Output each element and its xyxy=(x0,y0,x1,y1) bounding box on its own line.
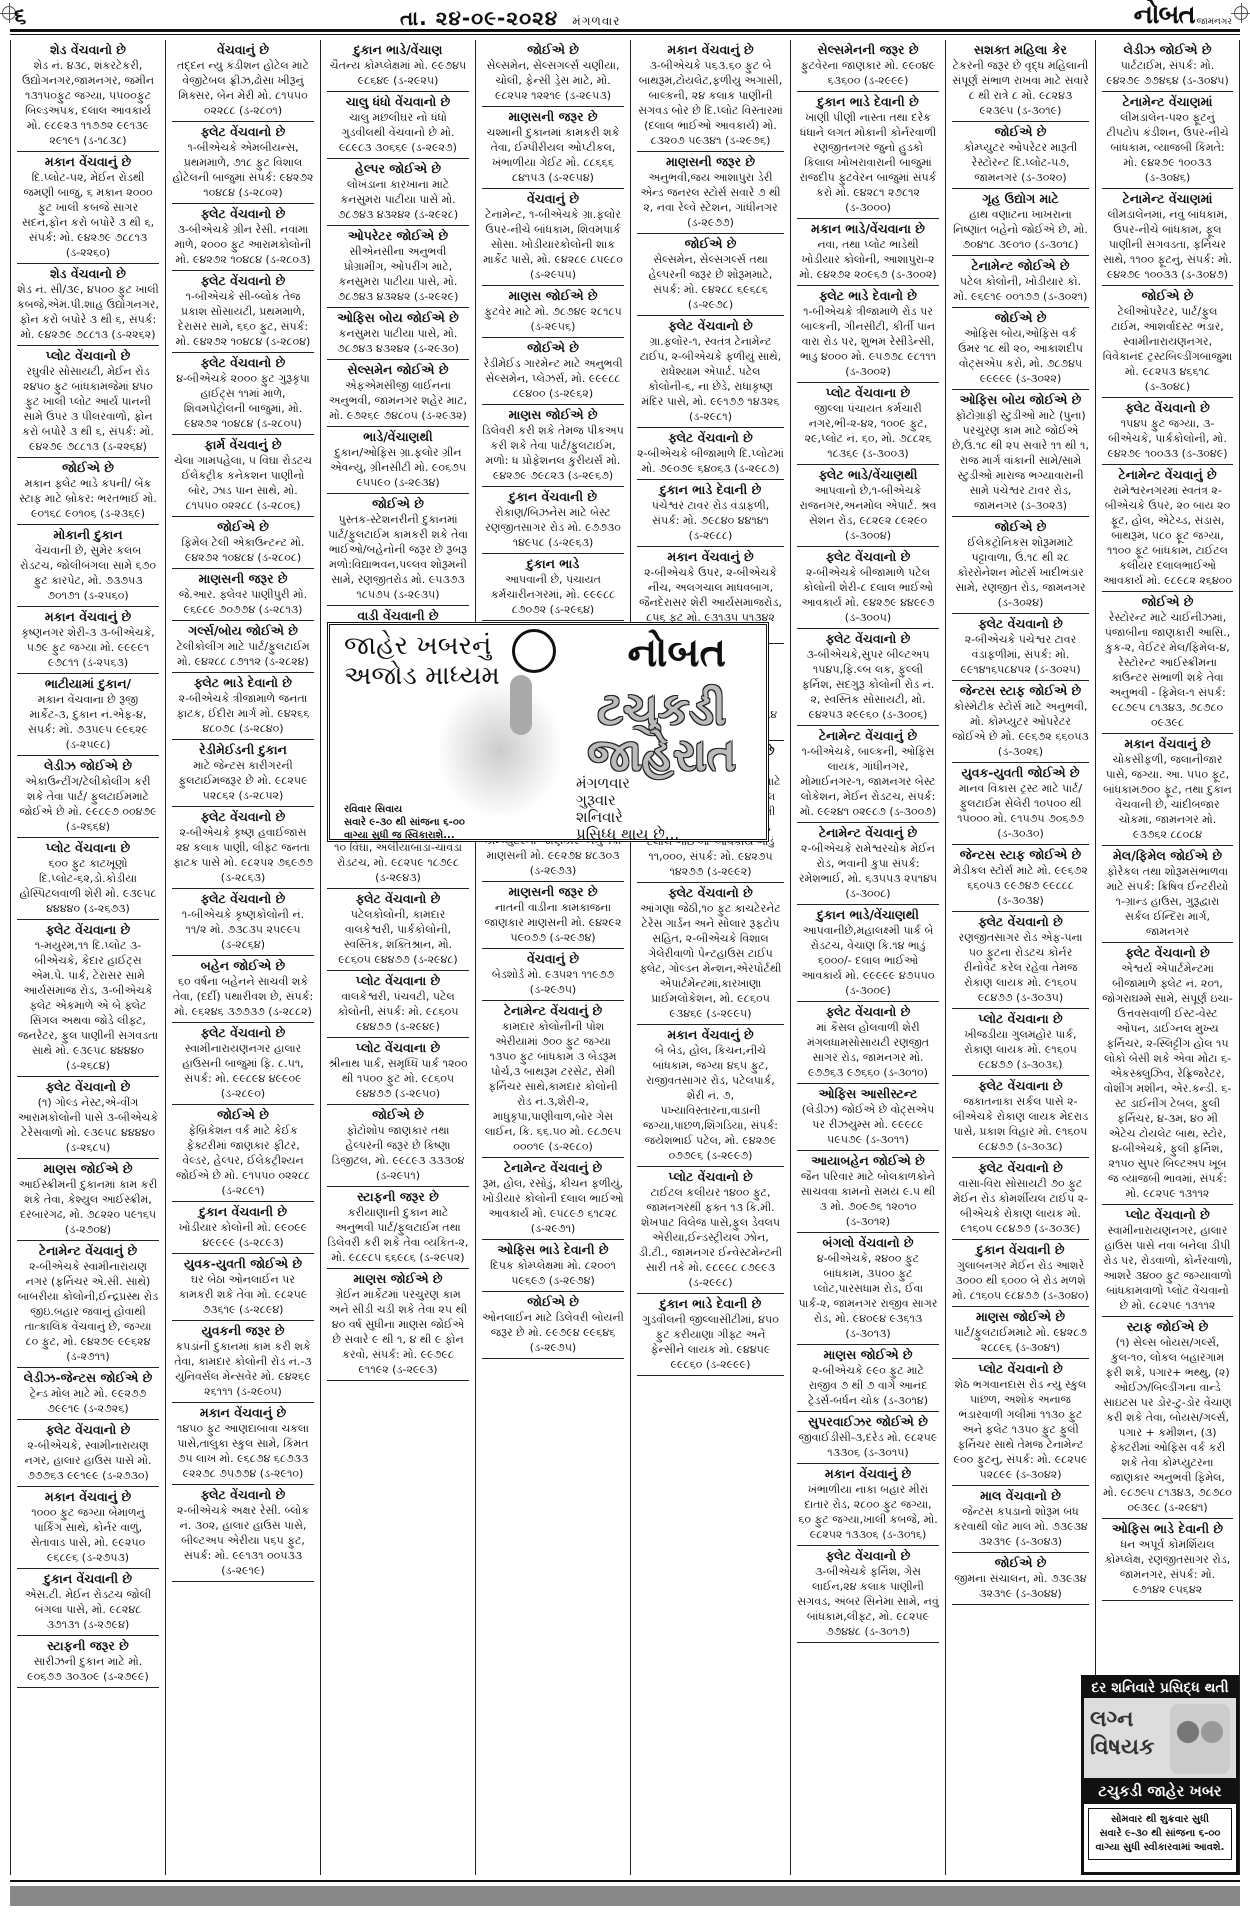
promo-hours-line: રવિવાર સિવાય xyxy=(344,803,465,816)
classified-ad: યુવકની જરૂર છેકપડાંની દુકાનમાં કામ કરી શ… xyxy=(172,1321,314,1403)
classified-ad: પ્લોટ વેંચવાનો છેરઘુવીર સોસાયટી, મેઈન રો… xyxy=(17,346,159,458)
classified-ad: મકાન ભાડે/વેંચવાના છેનવા, તથા પ્લોટ ભાડે… xyxy=(797,219,939,286)
ad-heading: માણસની જરૂર છે xyxy=(482,109,624,125)
ad-heading: મેલ/ફિમેલ જોઈએ છે xyxy=(1102,848,1233,864)
ad-body: લીમડાલેન-૫૨૦ ફૂટનું ટીપટોપ કંડીશન, ઉપર-ન… xyxy=(1102,110,1233,185)
ad-body: ૬૦૦ ફુટ કાટખૂણો દિ.પ્લોટ-૬૨,ડો.કોડીયા હો… xyxy=(17,856,159,916)
ad-heading: દુકાન વેંચવાની છે xyxy=(17,1571,159,1587)
ad-body: પુસ્તક-સ્ટેશનરીની દુકાનમાં પાર્ટ/ફુલટાઈમ… xyxy=(327,512,469,602)
ad-heading: રેડીમેઈડની દુકાન xyxy=(172,742,314,758)
ad-heading: જોઈએ છે xyxy=(1102,594,1233,610)
lagna-banner: દર શનિવારે પ્રસિદ્ધ થતી xyxy=(1084,1678,1236,1698)
classified-ad: ઓફિસ બોય જોઈએ છેકનસુમરા પાટીયા પાસે, મો.… xyxy=(327,308,469,360)
ad-heading: ફ્લેટ વેંચવાનો છે xyxy=(637,885,784,901)
ad-body: એસ.ટી. મેઈન રોડટચ જોલી બંગલા પાસે, મો. ૯… xyxy=(17,1587,159,1632)
ad-body: જીમના સંચાલન, મો. ૭૩૯૩૪ ૩૨૩૧૯ (ડ-૩૦૪૪) xyxy=(952,1571,1089,1601)
ad-body: ૨-બીએચકે બીજામાળે દિ.પ્લોટમાં મો. ૭૯૦૭૯ … xyxy=(637,446,784,476)
ad-body: ૬૦ વર્ષના બહેનને સાચવી શકે તેવા, (દર્દી)… xyxy=(172,974,314,1019)
ad-body: ફોરેકલ તથા શોરૂમસંભાળવા માટે સંપર્ક: ક્ર… xyxy=(1102,864,1233,939)
ad-heading: ફાર્મ વેંચવાનું છે xyxy=(172,437,314,453)
classified-ad: ફ્લેટ વેંચવાનો છેસ્વામીનારાયણનગર હાલાર હ… xyxy=(172,1023,314,1105)
classified-ad: પ્લોટ વેંચવાના છે૬૦૦ ફુટ કાટખૂણો દિ.પ્લો… xyxy=(17,838,159,920)
ad-body: ૧૪૫૦ ફુટ આણદાબાવા ચકલા પાસે,તાલુકા સ્કુલ… xyxy=(172,1421,314,1481)
ad-body: કોસ્મેટીક સ્ટોર્સ માટે અનુભવી, મો. કોમ્પ… xyxy=(952,699,1089,759)
ad-body: પટેલકોલોની, કામદાર વાલકેશ્વરી, પાર્કકોલો… xyxy=(327,907,469,967)
classified-ad: ઓફિસ ભાડે દેવાની છેધન અપૂર્વ કોમર્શિયલ ક… xyxy=(1102,1519,1233,1601)
column-4: જોઈએ છેસેલ્સમેન, સેલ્સગર્લ્સ ચણીયા, ચોલી… xyxy=(475,40,630,1875)
classified-ad: પ્લોટ વેંચવાનો છેશેઠ ભગવાનદાસ રોડ ન્યુ સ… xyxy=(952,1359,1089,1486)
ad-heading: મકાન વેંચવાનું છે xyxy=(17,1489,159,1505)
ad-body: ઓનલાઈન માટે ડિલેવરી બોયની જરૂર છે મો. ૯૯… xyxy=(482,1310,624,1355)
classified-ad: વેંચવાનું છેતદ્દન ન્યુ કંડીશન હોટેલ માટે… xyxy=(172,40,314,122)
ad-body: પાર્ટ/ફુલટાઈમમાટે મો. ૯૪૨૮૭ ૨૮૮૯૬ (ડ-૩૦૪… xyxy=(952,1325,1089,1355)
ad-body: ઘર બેઠા ઓનલાઈન પર કામકરી શકે તેવા મો. ૯૮… xyxy=(172,1272,314,1317)
classified-ad: ફ્લેટ વેંચવાનો છે૨-બીએચકે કૃષ્ણ હવાઈજાસ … xyxy=(172,807,314,889)
classified-ad: જોઈએ છેફોટોશોપ જાણકાર તથા હેલ્પરની જરૂર … xyxy=(327,1105,469,1187)
classified-ad: ફ્લેટ વેંચવાનો છે૩-બીએચકે ગ્રીન રેસી. નવ… xyxy=(172,204,314,271)
ad-body: મકાન વેંચવાના છે રૂજી માર્કેટ-૩, દુકાન ન… xyxy=(17,692,159,752)
lagna-title-line2: વિષયક xyxy=(1090,1734,1155,1762)
ad-body: રેડીમેઈડ ગારમેન્ટ માટે અનુભવી સેલ્સમેન, … xyxy=(482,356,624,401)
ad-heading: મકાન વેંચવાનું છે xyxy=(17,609,159,625)
ad-body: ૧-બીએચકે ત્રીજામાળે રોડ પર બાલ્કની, ગીનસ… xyxy=(797,304,939,379)
classified-ad: ઓફિસ ભાડે દેવાની છેદિપક કોમ્પ્લેક્ષમાં મ… xyxy=(482,1240,624,1292)
ad-body: આંગણા જેઠી,૧૦ ફુટ કાચટેરનેટ ટેરેસ ગાર્ડન… xyxy=(637,901,784,1021)
ad-body: ખીજડીયા ગુલમહોર પાર્ક, રોકાણ લાયક મો. ૯૧… xyxy=(952,1027,1089,1072)
ad-heading: ટેનામેન્ટ વેંચવાનું છે xyxy=(482,1003,624,1019)
ad-body: નવા, તથા પ્લોટ ભાડેથી ખોડીયાર કોલોની, આશ… xyxy=(797,237,939,282)
classified-ad: માણસ જોઈએ છે૨-બીએચકે ૯૯૦ ફુટ માટે રાજીવ … xyxy=(797,1345,939,1412)
page-header: ૬ તા. ૨૪-૦૯-૨૦૨૪ મંગળવાર નોબત જામનગર xyxy=(0,0,1250,36)
classified-ad: દુકાન વેંચવાની છેખોડીયાર કોલોની મો. ૯૯૦૯… xyxy=(172,1202,314,1254)
ad-heading: ફ્લેટ વેંચવાનો છે xyxy=(172,206,314,222)
ad-body: એફએમસીજી લાઈનના અનુભવી, જામનગર શહેર માટ,… xyxy=(327,378,469,423)
lagna-note-line: વાગ્યા સુધી સ્વીકારવામાં આવશે. xyxy=(1091,1841,1229,1855)
ad-heading: ઓફિસ બોય જોઈએ છે xyxy=(952,392,1089,408)
classified-ad: માણસની જરૂર છેઅનુભવી,જય આશાપુરા ડેરી એન્… xyxy=(637,152,784,234)
ad-heading: જોઈએ છે xyxy=(952,124,1089,140)
ad-heading: મકાન વેંચવાનું છે xyxy=(1102,736,1233,752)
classified-ad: ફાર્મ વેંચવાનું છેચેલા ગામપહેલા, ૫ વિઘા … xyxy=(172,435,314,517)
classified-ad: સ્ટાફની જરૂર છેસારીઝની દુકાન માટે મો. ૯૦… xyxy=(17,1636,159,1688)
classified-ad: ફ્લેટ વેંચવાનો છે૧૫૪૫ ફુટ જગ્યા, ૩-બીએચક… xyxy=(1102,398,1233,465)
ad-body: પંચેશ્વર ટાવર રોડ વંડાફળી, સંપર્ક: મો. ૭… xyxy=(637,498,784,543)
ad-heading: દુકાન વેંચવાની છે xyxy=(172,1204,314,1220)
ad-heading: ફ્લેટ વેંચવાનો છે xyxy=(172,891,314,907)
promo-title: ટચુકડી જાહેરાત xyxy=(588,687,736,779)
ad-body: ખોડીયાર કોલોની મો. ૯૯૦૯૯ ૪૯૯૯૯ (ડ-૨૮૯૩) xyxy=(172,1220,314,1250)
lagna-title: લગ્ન વિષયક xyxy=(1090,1706,1155,1762)
ad-heading: ઓફિસ ભાડે દેવાની છે xyxy=(1102,1521,1233,1537)
classified-ad: દુકાન વેંચવાની છેરોકાણ/બિઝનેસ માટે બેસ્ટ… xyxy=(482,487,624,554)
classified-ad: ફ્લેટ વેંચવાનો છે૨-બીએચકે બીજામાળે પટેલ … xyxy=(797,547,939,629)
classified-ad: ફ્લેટ વેંચવાનો છેમાં કૈસલ હોલવાળી શેરી મ… xyxy=(797,1002,939,1084)
lagna-title-line1: લગ્ન xyxy=(1090,1706,1155,1734)
ad-body: ૩-બીએચકે ૫૬૩.૬૦ ફુટ બે બાથરૂમ,ટોયલેટ,ફળી… xyxy=(637,58,784,148)
ad-body: આઈસ્ક્રીમની દુકાનમાં કામ કરી શકે તેવા, ક… xyxy=(17,1177,159,1237)
ad-body: એશ્વર્ય એપાર્ટમેન્ટમાં બીજામાળે ફ્લેટ નં… xyxy=(1102,961,1233,1201)
ad-body: ૩-બીએચકે,સુપર બીલ્ટઅપ ૧૫૪૫,ફિ.લ્બ લક, ફુ… xyxy=(797,647,939,722)
promo-advertisement: જાહેર ખબરનું અજોડ માધ્યમ નોબત ટચુકડી જાહ… xyxy=(327,622,769,842)
classified-ad: જોઈએ છેઈલેકટ્રોનિકસ શોરૂમમાટે પટ્ટાવાળા,… xyxy=(952,517,1089,614)
ad-heading: ફ્લેટ વેંચવાનો છે xyxy=(797,631,939,647)
ad-heading: ટેનામેન્ટ વેંચવાનું છે xyxy=(797,728,939,744)
ad-body: (લેડીઝ) જોઈએ છે વોટ્સએપ પર રીઝયુમ્સ મો. … xyxy=(797,1102,939,1147)
classified-ad: મકાન વેંચવાનું છેબે બેડ, હોલ, કિચન,નીચે … xyxy=(637,1025,784,1167)
ad-heading: પ્લોટ વેંચવાનો છે xyxy=(952,1361,1089,1377)
ad-heading: શેડ વેંચવાનો છે xyxy=(17,266,159,282)
classified-ad: મોકાની દુકાનવેંચવાની છે, સુમેર કલબ રોડટચ… xyxy=(17,525,159,607)
ad-heading: જોઈએ છે xyxy=(327,1107,469,1123)
footer-rule xyxy=(10,1880,1240,1882)
column-7: સશક્ત મહિલા કેરટેકરની જરૂર છે વૃદ્ધ મહિલ… xyxy=(945,40,1095,1875)
ad-heading: ફ્લેટ ભાડે દેવાનો છે xyxy=(172,675,314,691)
ad-heading: જોઈએ છે xyxy=(952,310,1089,326)
classified-ad: જોઈએ છેરેડીમેઈડ ગારમેન્ટ માટે અનુભવી સેલ… xyxy=(482,338,624,405)
header-rule xyxy=(10,29,1240,32)
ad-heading: દુકાન ભાડે દેવાની છે xyxy=(637,1296,784,1312)
ad-heading: સેલ્સમેનની જરૂર છે xyxy=(797,42,939,58)
promo-day: શનિવારે xyxy=(576,809,679,826)
ad-body: માનવ વિકાસ ટ્રસ્ટ માટે પાર્ટ/ફુલટાઈમ સેલ… xyxy=(952,781,1089,841)
date: તા. ૨૪-૦૯-૨૦૨૪ xyxy=(400,6,558,30)
ad-body: શેઠ ભગવાનદાસ રોડ ન્યુ સ્કુલ પાછળ, અશોક અ… xyxy=(952,1377,1089,1482)
ad-heading: ચાલુ ધંધો વેંચવાનો છે xyxy=(327,94,469,110)
ad-body: ટ્રેન્ડ મોલ માટે મો. ૯૯૨૭૭ ૭૯૯૧૯ (ડ-૨૭૨૬… xyxy=(17,1386,159,1416)
classified-ad: દુકાન ભાડે/વેંચાણથીઆપવાનીછે,મહાલક્ષ્મી પ… xyxy=(797,905,939,1002)
classified-ad: શેડ વેંચવાનો છેશેડ નં. સી/૩૯, ૪૫૦૦ ફુટ ખ… xyxy=(17,264,159,346)
ad-body: રામેશ્વરનગરમાં સ્વતંત્ર ૨-બીએચકે ઉપર, ૨૦… xyxy=(1102,483,1233,588)
classified-ad: દુકાન ભાડેઆપવાની છે, પંચાયત કર્મચારીનગરમ… xyxy=(482,554,624,621)
ad-heading: મકાન વેંચવાનું છે xyxy=(17,154,159,170)
ad-heading: ટેનામેન્ટ વેંચવાનું છે xyxy=(1102,467,1233,483)
classified-ad: પ્લોટ વેંચવાના છેશ્રીનાથ પાર્ક, સમૃધ્ધિ … xyxy=(327,1038,469,1105)
classified-ad: ફ્લેટ વેંચવાનો છે(૧) ગોલ્ડ નેસ્ટ,એ-વીંગ … xyxy=(17,1077,159,1159)
ad-heading: ટેનામેન્ટ જોઈએ છે xyxy=(952,258,1089,274)
ad-body: ખંભાળીયા નાકા બહાર મીરાં દાતાર રોડ, ૨૮૦૦… xyxy=(797,1482,939,1542)
ad-body: એકાઉન્ટીંગ/ટેલીકોલીંગ કરી શકે તેવા પાર્ટ… xyxy=(17,774,159,834)
promo-days: મંગળવાર ગુરૂવાર શનિવારે પ્રસિધ્ધ થાય છે.… xyxy=(576,775,679,842)
ad-body: ફુટવેરના જાણકાર મો. ૯૯૦૪૯ ૬૩૬૦૦ (ડ-૨૯૯૯) xyxy=(797,58,939,88)
ad-heading: પ્લોટ વેંચવાના છે xyxy=(327,973,469,989)
ad-heading: બંગલો વેંચવાનો છે xyxy=(797,1235,939,1251)
ad-heading: ફ્લેટ વેંચવાનો છે xyxy=(172,124,314,140)
promo-hours-line: સવારે ૯-૩૦ થી સાંજના ૬-૦૦ xyxy=(344,816,465,829)
ad-heading: માલ વેંચવાનો છે xyxy=(952,1488,1089,1504)
classified-ad: માણસ જોઈએ છેપાર્ટ/ફુલટાઈમમાટે મો. ૯૪૨૮૭ … xyxy=(952,1307,1089,1359)
promo-brand: નોબત xyxy=(628,629,726,676)
classified-ad: હેલ્પર જોઈએ છેલોખંડાના કારખાના માટે કનસુ… xyxy=(327,159,469,226)
ad-heading: ઓફિસ આસીસ્ટન્ટ xyxy=(797,1086,939,1102)
ad-heading: સ્ટાફ જોઈએ છે xyxy=(1102,1319,1233,1335)
ad-body: કરીયાણાની દુકાન માટે અનુભવી પાર્ટ/ફુલટાઈ… xyxy=(327,1205,469,1265)
classified-ad: ફ્લેટ વેંચવાનો છે૩-બીએચકે,સુપર બીલ્ટઅપ ૧… xyxy=(797,629,939,726)
ad-heading: ફ્લેટ વેંચવાનો છે xyxy=(172,1025,314,1041)
ad-body: ટેનામેન્ટ, ૧-બીએચકે ગ્રા.ફલોર ઉપર-નીચે બ… xyxy=(482,207,624,282)
ad-body: આપવાનો છે,૧-બીએચકે રાજનગર,અનમોલ એપાર્ટ. … xyxy=(797,483,939,543)
classified-ad: માણસ જોઈએ છેઆઈસ્ક્રીમની દુકાનમાં કામ કરી… xyxy=(17,1159,159,1241)
lagna-note-line: સોમવાર થી શુક્રવાર સુધી xyxy=(1091,1813,1229,1827)
classified-ad: જોઈએ છેજીમના સંચાલન, મો. ૭૩૯૩૪ ૩૨૩૧૯ (ડ-… xyxy=(952,1553,1089,1605)
classified-ad: લેડીઝ-જેન્ટસ જોઈએ છેટ્રેન્ડ મોલ માટે મો.… xyxy=(17,1368,159,1420)
ad-body: પટેલ કોલોની, ખોડીયાર કો. મો. ૯૬૯૧૯ ૦૦૧૭૭… xyxy=(952,274,1089,304)
ad-heading: ફ્લેટ વેંચવાનો છે xyxy=(172,809,314,825)
classified-ad: દુકાન ભાડે દેવાની છેગુડવીલની જીલ્લાસીટીમ… xyxy=(637,1294,784,1376)
ad-body: ફેબ્રિકેશન વર્ક માટે કેઈક ફેક્ટરીમાં જાણ… xyxy=(172,1123,314,1198)
ad-heading: ફ્લેટ વેંચવાના છે xyxy=(17,922,159,938)
page-number: ૬ xyxy=(14,4,26,29)
classified-ad: ફ્લેટ વેંચવાનો છે૪-બીએચકે ૨૦૦૦ ફુટ ગુરૂક… xyxy=(172,353,314,435)
ad-body: ૩-બીએચકે ફર્નિશ, ગેસ લાઈન,૨૪ કલાક પાણીની… xyxy=(797,1564,939,1639)
classified-ad: સ્ટાફ જોઈએ છે(૧) સેલ્સ બોયસ/ગર્લ્સ, કુલ-… xyxy=(1102,1317,1233,1519)
ad-heading: માણસ જોઈએ છે xyxy=(17,1161,159,1177)
ad-heading: આયાબહેન જોઈએ છે xyxy=(797,1153,939,1169)
classified-ad: યુવક-યુવતી જોઈએ છેમાનવ વિકાસ ટ્રસ્ટ માટે… xyxy=(952,763,1089,845)
ad-heading: જોઈએ છે xyxy=(482,42,624,58)
masthead-logo: નોબત xyxy=(1134,0,1195,31)
ad-body: ટાઈટલ કલીયર ૧૪૦૦ ફુટ, જામનગરથી ફક્ત ૧૩ ક… xyxy=(637,1185,784,1290)
ad-heading: ફ્લેટ વેંચવાનો છે xyxy=(172,273,314,289)
classified-ad: રેડીમેઈડની દુકાનમાટે જેન્ટસ કારીગરની ફુલ… xyxy=(172,740,314,807)
ad-body: ફુટવેર માટે મો. ૭૮૭૪૯ ૨૮૧૮૫ (ડ-૨૯૫૬) xyxy=(482,304,624,334)
ad-body: ગુલાબનગર મેઈન રોડ આશરે ૩૦૦૦ થી ૬૦૦૦ બે ર… xyxy=(952,1258,1089,1303)
ad-body: આપવાનીછે,મહાલક્ષ્મી પાર્ક બે રોડટચ, વેચા… xyxy=(797,923,939,998)
column-5: મકાન વેંચવાનું છે૩-બીએચકે ૫૬૩.૬૦ ફુટ બે … xyxy=(630,40,790,1875)
ad-body: ઈલેકટ્રોનિકસ શોરૂમમાટે પટ્ટાવાળા, ઉં.૧૮ … xyxy=(952,535,1089,610)
classified-ad: મકાન વેંચવાનું છેખંભાળીયા નાકા બહાર મીરા… xyxy=(797,1464,939,1546)
ad-heading: પ્લોટ વેંચવાનો છે xyxy=(17,348,159,364)
classified-ad: ફ્લેટ વેંચવાના છે૧-મયુરમ,૧૧ દિ.પ્લોટ ૩-બ… xyxy=(17,920,159,1077)
ad-body: ૨-બીએચકે પંચેશ્વર ટાવર વંડાફળીમાં, સંપર્… xyxy=(952,632,1089,677)
classified-ad: જોઈએ છેપુસ્તક-સ્ટેશનરીની દુકાનમાં પાર્ટ/… xyxy=(327,494,469,606)
classified-ad: દુકાન ભાડે/વેંચાણચૈતન્ય કોમ્પ્લેક્ષમાં મ… xyxy=(327,40,469,92)
classified-ad: ફ્લેટ વેંચવાનો છે૨-બીએચકે બીજામાળે દિ.પ્… xyxy=(637,428,784,480)
ad-heading: ટેનામેન્ટ વેંચાણમાં xyxy=(1102,191,1233,207)
classified-ad: લેડીઝ જોઈએ છેપાર્ટટાઈમ, સંપર્ક: મો. ૯૪૨૭… xyxy=(1102,40,1233,92)
promo-title-line2: જાહેરાત xyxy=(588,733,736,779)
ad-heading: ગૃહ ઉદ્યોગ માટે xyxy=(952,191,1089,207)
classified-ad: ટેનામેન્ટ વેંચવાનું છેરૂમ, હોલ, રસોડું, … xyxy=(482,1158,624,1240)
ad-heading: ભાડે/વેંચાણથી xyxy=(327,429,469,445)
classified-ad: જોઈએ છેટેલીઓપરેટર, પાર્ટ/ફુલ ટાઈમ, આશર્વ… xyxy=(1102,286,1233,398)
ad-heading: જોઈએ છે xyxy=(172,1107,314,1123)
classified-ad: ટેનામેન્ટ વેંચવાનું છેકામદાર કોલોનીની પો… xyxy=(482,1001,624,1158)
classified-ad: ફ્લેટ વેંચવાનો છેઆંગણા જેઠી,૧૦ ફુટ કાચટે… xyxy=(637,883,784,1025)
ad-body: ચાલુ મછલીઘર નો ધંધો ગુડવીલથી વેંચવાનો છે… xyxy=(327,110,469,155)
ad-body: તદ્દન ન્યુ કંડીશન હોટેલ માટે વેજીટેબલ ફ્… xyxy=(172,58,314,118)
classified-ad: ફ્લેટ ભાડે દેવાનો છે૧-બીએચકે ત્રીજામાળે … xyxy=(797,286,939,383)
classified-ad: આયાબહેન જોઈએ છેજૈન પરિવાર માટે બોલકાળકોન… xyxy=(797,1151,939,1233)
ad-body: સેલ્સમેન, સેલ્સગર્લ્સ તથા હેલ્પરની જરૂર … xyxy=(637,252,784,312)
ad-heading: ભાટીયામાં દુકાન/ xyxy=(17,676,159,692)
ad-heading: જોઈએ છે xyxy=(327,496,469,512)
classified-ad: દુકાન ભાડે દેવાની છેપંચેશ્વર ટાવર રોડ વં… xyxy=(637,480,784,547)
ad-body: રૂમ, હોલ, રસોડું, કીચન ફળીયું, ખોડીયાર ક… xyxy=(482,1176,624,1236)
ad-heading: ફ્લેટ ભાડે દેવાનો છે xyxy=(797,288,939,304)
ad-heading: પ્લોટ વેંચવાના છે xyxy=(797,385,939,401)
ad-body: દુકાન/ઓફિસ ગ્રા.ફલોર ગ્રીન એવન્યુ, ગ્રીન… xyxy=(327,445,469,490)
ad-heading: સુપરવાઈઝર જોઈએ છે xyxy=(797,1414,939,1430)
ad-body: ૧-બીએચકે કૃષ્ણકોલોની નં. ૧૧/૨ મો. ૭૩૮૩૫ … xyxy=(172,907,314,952)
ad-body: ૧-બીએચકે એમબીયન્સ, પ્રથમમાળે, ૭૧૮ ફુટ વિ… xyxy=(172,140,314,200)
ad-body: ફોટોગ્રાફી સ્ટુડીઓ માટે (પુના) પરચુરણ કા… xyxy=(952,408,1089,513)
ad-heading: મકાન વેંચવાનું છે xyxy=(637,1027,784,1043)
ad-heading: યુવકની જરૂર છે xyxy=(172,1323,314,1339)
classified-ad: મકાન વેંચવાનું છે૧૦૦૦ ફુટ જગ્યા બેમાળનું… xyxy=(17,1487,159,1569)
classified-ad: ફ્લેટ વેંચવાનો છે૧-બીએચકે એમબીયન્સ, પ્રથ… xyxy=(172,122,314,204)
ad-heading: ગર્લ્સ/બોય જોઈએ છે xyxy=(172,623,314,639)
ad-body: કપડાંની દુકાનમાં કામ કરી શકે તેવા, કામદા… xyxy=(172,1339,314,1399)
promo-tagline: જાહેર ખબરનું અજોડ માધ્યમ xyxy=(344,631,500,691)
classified-ad: માણસ જોઈએ છેફુટવેર માટે મો. ૭૮૭૪૯ ૨૮૧૮૫ … xyxy=(482,286,624,338)
classified-ad: માણસની જરૂર છેજે.આર. ફ્લેવર પાણીપુરી મો.… xyxy=(172,569,314,621)
classified-ad: ટેનામેન્ટ વેંચવાનું છે૧-બીએચકે, બાલ્કની,… xyxy=(797,726,939,823)
ad-heading: ફ્લેટ વેંચવાનો છે xyxy=(797,1004,939,1020)
header-rule-thin xyxy=(10,34,1240,35)
ad-heading: માણસની જરૂર છે xyxy=(482,884,624,900)
ad-heading: ફ્લેટ વેંચવાનો છે xyxy=(797,1548,939,1564)
ad-body: ગ્રા.ફલોર-૧, સ્વતંત્ર ટેનામેન્ટ ટાઈપ, ૨-… xyxy=(637,334,784,424)
column-1: શેડ વેંચવાનો છેશેડ નં. ૪૩૮, શંકરટેકરી, ઉ… xyxy=(10,40,165,1875)
ad-heading: બહેન જોઈએ છે xyxy=(172,958,314,974)
classified-ad: સેલ્સમેન જોઈએ છેએફએમસીજી લાઈનના અનુભવી, … xyxy=(327,360,469,427)
column-2: વેંચવાનું છેતદ્દન ન્યુ કંડીશન હોટેલ માટે… xyxy=(165,40,320,1875)
promo-tagline-line1: જાહેર ખબરનું xyxy=(344,631,500,661)
ad-body: સીએનસીના અનુભવી પ્રોગ્રામીંગ, ઓપરીંગ માટ… xyxy=(327,244,469,304)
couple-icon xyxy=(1170,1704,1230,1774)
ad-heading: માણસની જરૂર છે xyxy=(172,571,314,587)
ad-heading: માણસ જોઈએ છે xyxy=(797,1347,939,1363)
classified-ad: શેડ વેંચવાનો છેશેડ નં. ૪૩૮, શંકરટેકરી, ઉ… xyxy=(17,40,159,152)
ad-heading: પ્લોટ વેંચવાનો છે xyxy=(637,1169,784,1185)
classified-ad: ફ્લેટ વેંચવાનો છેવાસા-વિરા સોસાયટી ૭૦ ફુ… xyxy=(952,1158,1089,1240)
ad-body: જૈન પરિવાર માટે બોલકાળકોને સાચવવા કામનો … xyxy=(797,1169,939,1229)
classified-ad: ફ્લેટ વેંચવાનો છેપટેલકોલોની, કામદાર વાલક… xyxy=(327,889,469,971)
classified-ad: જોઈએ છેફિમેલ ટેલી એકાઉન્ટન્ટ મો. ૯૪૨૭૨ ૧… xyxy=(172,517,314,569)
classified-ad: ફ્લેટ વેંચવાનો છેગ્રા.ફલોર-૧, સ્વતંત્ર ટ… xyxy=(637,316,784,428)
ad-heading: યુવક-યુવતી જોઈએ છે xyxy=(172,1256,314,1272)
classified-ad: માણસ જોઈએ છેડિલેવરી કરી શકે તેમજ પીકઅપ ક… xyxy=(482,405,624,487)
ad-body: કનસુમરા પાટીયા પાસે, મો. ૭૮૭૪૩ ૪૩૨૪૨ (ડ-… xyxy=(327,326,469,356)
dateline: તા. ૨૪-૦૯-૨૦૨૪ મંગળવાર xyxy=(400,6,620,30)
promo-published: પ્રસિધ્ધ થાય છે... xyxy=(576,826,679,842)
ad-body: શેડ નં. ૪૩૮, શંકરટેકરી, ઉદ્યોગનગર,જામનગર… xyxy=(17,58,159,148)
masthead: નોબત જામનગર xyxy=(1134,0,1232,31)
ad-body: બેડશોર્ડ મો. ૯૩૫૨૧ ૧૧૯૭૭ (ડ-૨૯૭૫) xyxy=(482,967,624,997)
classified-ad: ઓફિસ બોય જોઈએ છેફોટોગ્રાફી સ્ટુડીઓ માટે … xyxy=(952,390,1089,517)
ad-body: ૨-બીએચકે કૃષ્ણ હવાઈજાસ ૨૪ કલાક પાણી, લીફ… xyxy=(172,825,314,885)
ad-body: કૃષ્ણનગર શેરી-૩ ૩-બીએચકે, ૫૭૯ ફુટ જગ્યા … xyxy=(17,625,159,670)
classified-ad: માલ વેંચવાનો છેજેન્ટસ કપડાનો શોરૂમ બંધ ક… xyxy=(952,1486,1089,1553)
ad-heading: ફ્લેટ વેંચવાનો છે xyxy=(952,914,1089,930)
ad-heading: જોઈએ છે xyxy=(17,460,159,476)
lagna-band: ટચુકડી જાહેર ખબર xyxy=(1084,1778,1236,1804)
ad-heading: માણસ જોઈએ છે xyxy=(482,288,624,304)
ad-heading: ફ્લેટ વેંચવાનો છે xyxy=(1102,400,1233,416)
ad-body: શ્રીનાથ પાર્ક, સમૃધ્ધિ પાર્ક ૧૨૦૦ થી ૧૫૦… xyxy=(327,1056,469,1101)
ad-body: ૪-બીએચકે, ૨૪૦૦ ફુટ બાંધકામ, ૩૫૦૦ ફુટ પ્લ… xyxy=(797,1251,939,1341)
ad-body: આપવાની છે, પંચાયત કર્મચારીનગરમાં, મો. ૯૯… xyxy=(482,572,624,617)
ad-heading: જેન્ટસ સ્ટાફ જોઈએ છે xyxy=(952,683,1089,699)
ad-body: ઓફિસ બોય,ઓફિસ વર્ક ઉંમર ૧૮ થી ૨૦, આકાશદી… xyxy=(952,326,1089,386)
ad-heading: મકાન ભાડે/વેંચવાના છે xyxy=(797,221,939,237)
ad-heading: માણસ જોઈએ છે xyxy=(952,1309,1089,1325)
column-3: દુકાન ભાડે/વેંચાણચૈતન્ય કોમ્પ્લેક્ષમાં મ… xyxy=(320,40,475,1875)
classified-ad: ફ્લેટ વેંચવાના છેજકાતનાકા સર્કલ પાસે ૨-બ… xyxy=(952,1076,1089,1158)
classified-ad: સુપરવાઈઝર જોઈએ છેજીવાઈડીસી-૩,દરેડ મો. ૯૮… xyxy=(797,1412,939,1464)
classified-ad: બહેન જોઈએ છે૬૦ વર્ષના બહેનને સાચવી શકે ત… xyxy=(172,956,314,1023)
ad-body: બે બેડ, હોલ, કિચન,નીચે બાંધકામ, જગ્યા ૪૬… xyxy=(637,1043,784,1163)
ad-heading: પ્લોટ વેંચવાના છે xyxy=(17,840,159,856)
lagna-note-line: સવારે ૯-૩૦ થી સાંજના ૬-૦૦ xyxy=(1091,1827,1229,1841)
classified-ad: પ્લોટ વેંચવાનો છેસ્વામીનારાયણનગર, હાલાર … xyxy=(1102,1205,1233,1317)
ad-body: શેડ નં. સી/૩૯, ૪૫૦૦ ફુટ ખાલી કબજે,એમ.પી.… xyxy=(17,282,159,342)
ad-body: ૨-બીએચકે ત્રીજામાળે જનતા ફાટક, ઈંદીરા મા… xyxy=(172,691,314,736)
classified-ad: ટેનામેન્ટ વેંચાણમાંલીમડાલેનમાં, નવું બાં… xyxy=(1102,189,1233,286)
ad-heading: જોઈએ છે xyxy=(637,236,784,252)
classified-ad: ફ્લેટ વેંચવાનો છેએશ્વર્ય એપાર્ટમેન્ટમાં … xyxy=(1102,943,1233,1205)
ad-body: ગ્રેઈન માર્કેટમાં પરચુરણ કામ અને સીડી ચડ… xyxy=(327,1287,469,1377)
ad-heading: ફ્લેટ વેંચવાનો છે xyxy=(172,355,314,371)
ad-heading: ફ્લેટ વેંચવાનો છે xyxy=(952,616,1089,632)
classified-ad: દુકાન વેંચવાની છેએસ.ટી. મેઈન રોડટચ જોલી … xyxy=(17,1569,159,1636)
ad-body: ધન અપૂર્વ કોમર્શિયલ કોમ્પ્લેક્ષ, રણજીતસા… xyxy=(1102,1537,1233,1597)
classified-ad: દુકાન વેંચવાની છેગુલાબનગર મેઈન રોડ આશરે … xyxy=(952,1240,1089,1307)
ad-body: જેન્ટસ કપડાનો શોરૂમ બંધ કરવાથી લોટ માલ મ… xyxy=(952,1504,1089,1549)
ad-body: ૨-બીએચકે ૯૯૦ ફુટ માટે રાજીવ ૭ થી ૭ વાગે … xyxy=(797,1363,939,1408)
ad-body: ફિમેલ ટેલી એકાઉન્ટન્ટ મો. ૯૪૨૭૨ ૧૦૪૮૪ (ડ… xyxy=(172,535,314,565)
ad-body: ડિલેવરી કરી શકે તેમજ પીકઅપ કરી શકે તેવા … xyxy=(482,423,624,483)
ad-body: (૧) ગોલ્ડ નેસ્ટ,એ-વીંગ આરામકોલોની પાસે ૩… xyxy=(17,1095,159,1155)
classified-ad: જેન્ટસ સ્ટાફ જોઈએ છેકોસ્મેટીક સ્ટોર્સ મા… xyxy=(952,681,1089,763)
ad-heading: દુકાન ભાડે દેવાની છે xyxy=(797,94,939,110)
ad-body: ૨-બીએચકે, સ્વામીનારાયણ નગર, હાલાર હાઉસ પ… xyxy=(17,1438,159,1483)
ad-body: ખાણી પીણી નાસ્તા તથા દરેક ધંધાને લગત મોક… xyxy=(797,110,939,215)
masthead-city: જામનગર xyxy=(1197,17,1232,27)
classified-ad: જોઈએ છેકોમ્પ્યુટર ઓપરેટર મારૂતી રેસ્ટોરન… xyxy=(952,122,1089,189)
classified-ad: ગૃહ ઉદ્યોગ માટેહાથ વણાટના ખાખરાના નિષ્ણા… xyxy=(952,189,1089,256)
ad-body: ફોટોશોપ જાણકાર તથા હેલ્પરની જરૂર છે કિષ્… xyxy=(327,1123,469,1183)
matrimonial-advertisement: દર શનિવારે પ્રસિદ્ધ થતી લગ્ન વિષયક ટચુકડ… xyxy=(1081,1675,1239,1875)
ad-heading: હેલ્પર જોઈએ છે xyxy=(327,161,469,177)
ad-body: ૩-બીએચકે ગ્રીન રેસી. નવામા માળે, ૨૦૦૦ ફુ… xyxy=(172,222,314,267)
classified-ad: જેન્ટસ સ્ટાફ જોઈએ છેમેડીકલ સ્ટોર્સ માટે … xyxy=(952,845,1089,912)
classified-ad: ફ્લેટ ભાડે દેવાનો છે૨-બીએચકે ત્રીજામાળે … xyxy=(172,673,314,740)
classified-ad: બંગલો વેંચવાનો છે૪-બીએચકે, ૨૪૦૦ ફુટ બાંધ… xyxy=(797,1233,939,1345)
ad-heading: પ્લોટ વેંચવાનો છે xyxy=(1102,1207,1233,1223)
ad-heading: પ્લોટ વેંચવાના છે xyxy=(952,1011,1089,1027)
ad-body: ૨-બીએચકે અક્ષર રેસી. બ્લોક નં. ૩૦૨, હાલા… xyxy=(172,1503,314,1578)
ad-heading: માણસ જોઈએ છે xyxy=(327,1271,469,1287)
ad-heading: મકાન વેંચવાનું છે xyxy=(637,549,784,565)
ad-body: લીમડાલેનમાં, નવું બાંધકામ, ઉપર-નીચે બાંધ… xyxy=(1102,207,1233,282)
ad-body: (૧) સેલ્સ બોયસ/ગર્લ્સ, કુલ-૧૦, લોકલ બહાર… xyxy=(1102,1335,1233,1515)
classified-ad: લેડીઝ જોઈએ છેએકાઉન્ટીંગ/ટેલીકોલીંગ કરી શ… xyxy=(17,756,159,838)
classified-ad: ટેનામેન્ટ જોઈએ છેપટેલ કોલોની, ખોડીયાર કો… xyxy=(952,256,1089,308)
ad-heading: જોઈએ છે xyxy=(172,519,314,535)
ad-heading: ઓફિસ બોય જોઈએ છે xyxy=(327,310,469,326)
ad-body: કોમ્પ્યુટર ઓપરેટર મારૂતી રેસ્ટોરન્ટ દિ.પ… xyxy=(952,140,1089,185)
ad-heading: ફ્લેટ વેંચવાના છે xyxy=(952,1078,1089,1094)
classified-ad: ટેનામેન્ટ વેંચવાનું છે૨-બીએચકે સ્વામીનાર… xyxy=(17,1241,159,1368)
classified-ad: મકાન વેંચવાનું છેકૃષ્ણનગર શેરી-૩ ૩-બીએચક… xyxy=(17,607,159,674)
classified-ad: વેંચવાનું છેટેનામેન્ટ, ૧-બીએચકે ગ્રા.ફલો… xyxy=(482,189,624,286)
promo-day: મંગળવાર xyxy=(576,775,679,792)
classified-ad: સશક્ત મહિલા કેરટેકરની જરૂર છે વૃદ્ધ મહિલ… xyxy=(952,40,1089,122)
classified-ad: માણસની જરૂર છેચશ્માની દુકાનમાં કામકરી શક… xyxy=(482,107,624,189)
ad-body: ૨-બીએચકે બીજામાળે પટેલ કોલોની શેરી-૮ દલા… xyxy=(797,565,939,625)
classified-ad: માણસની જરૂર છેનાતની વાડીના કામકાજના જાણક… xyxy=(482,882,624,949)
